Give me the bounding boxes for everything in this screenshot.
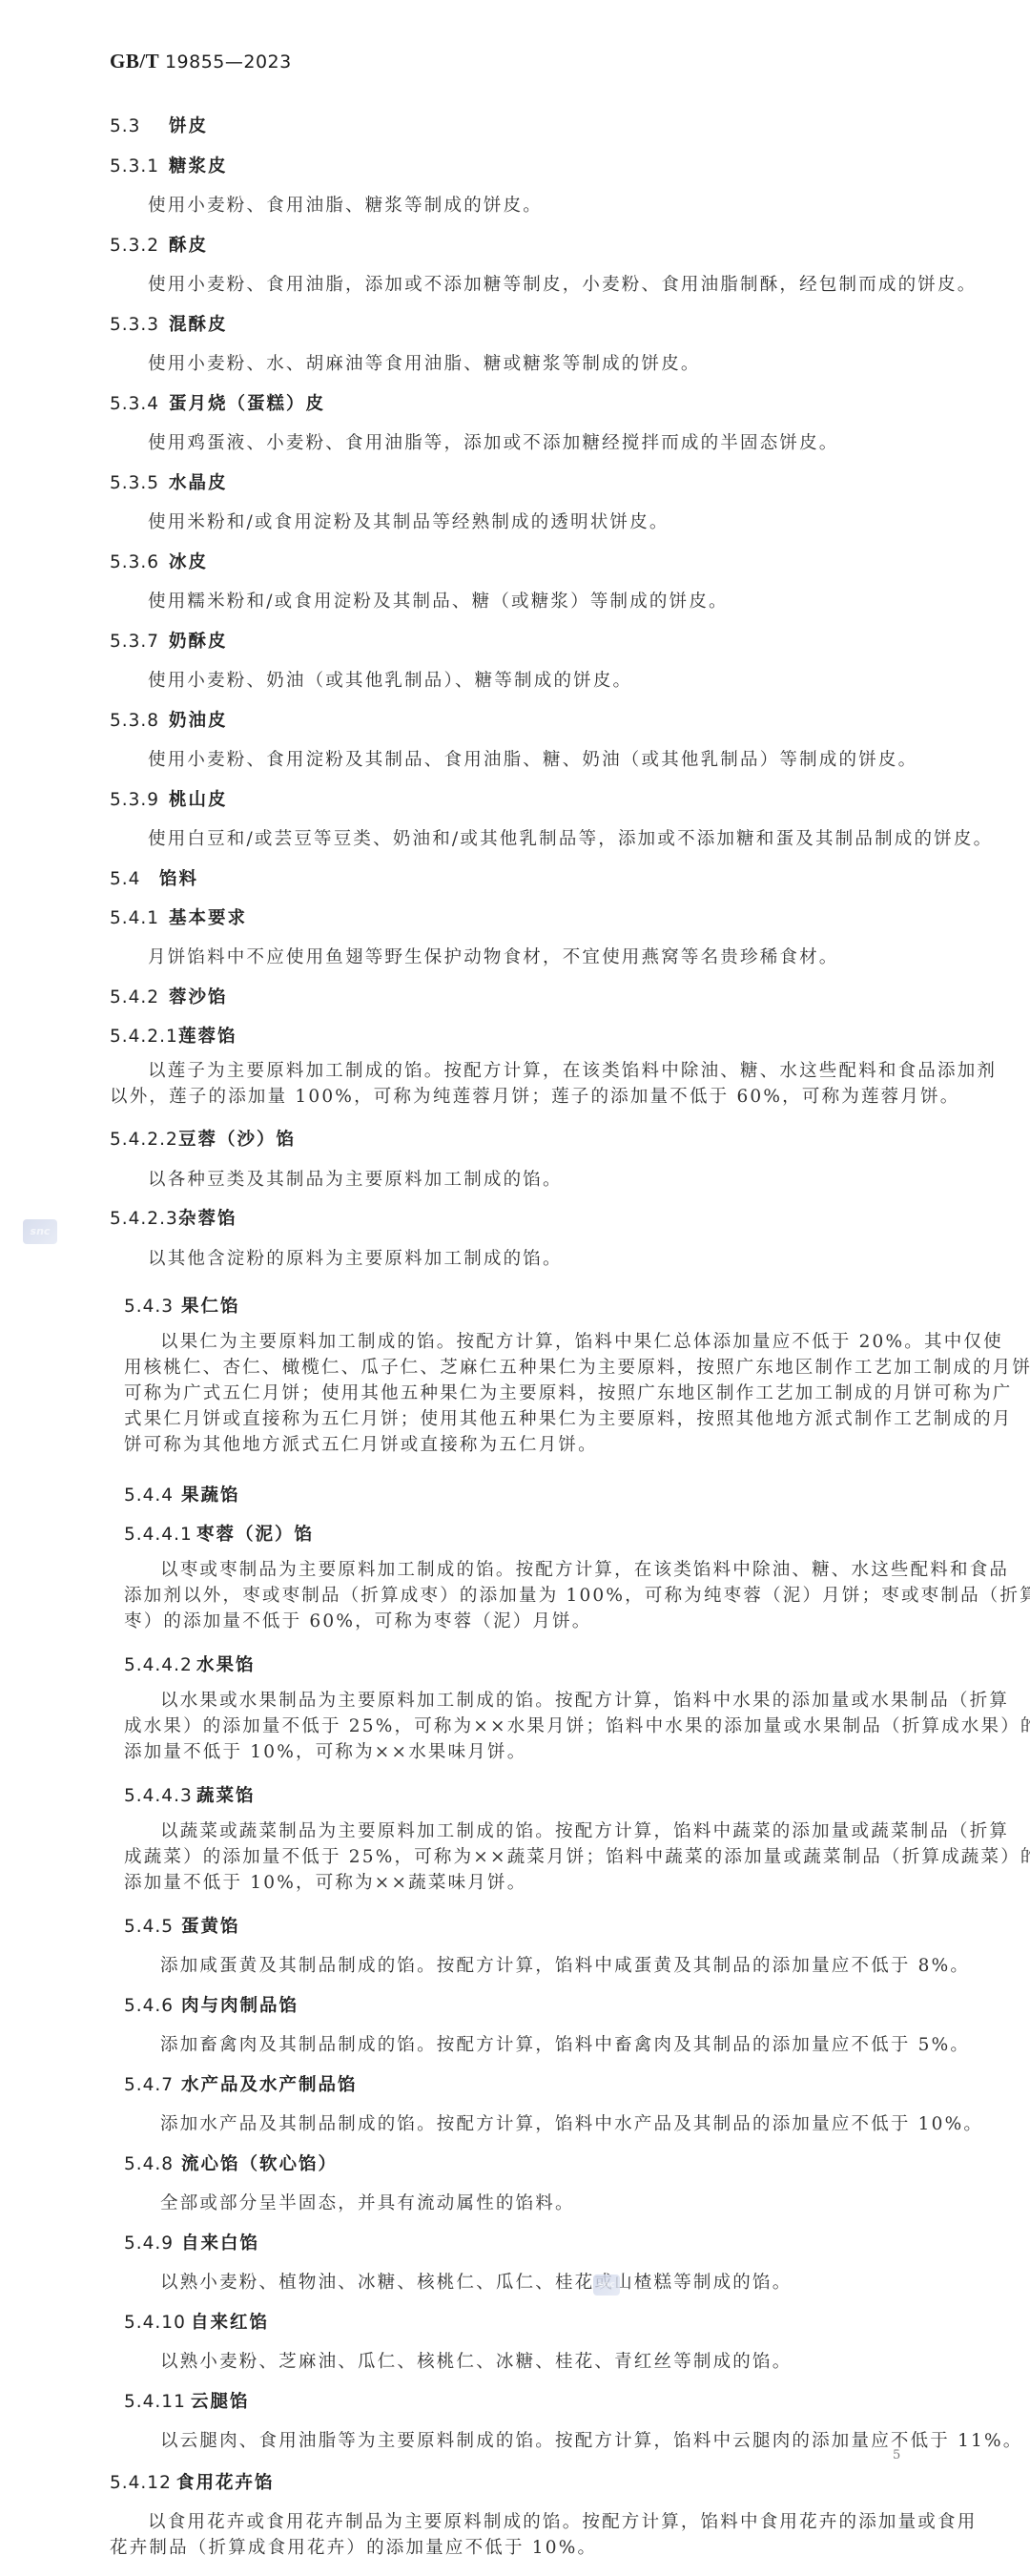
section-number: 5.4.2.1 xyxy=(110,1027,178,1047)
section-number: 5.4.1 xyxy=(110,908,169,928)
section-body: 以其他含淀粉的原料为主要原料加工制成的馅。 xyxy=(148,1245,563,1270)
section-heading: 5.4.2.1莲蓉馅 xyxy=(110,1023,237,1048)
section-title: 蛋黄馅 xyxy=(181,1917,240,1937)
section-heading: 5.3.7奶酥皮 xyxy=(110,628,228,653)
body-line: 饼可称为其他地方派式五仁月饼或直接称为五仁月饼。 xyxy=(124,1432,925,1458)
section-body: 以蔬菜或蔬菜制品为主要原料加工制成的馅。按配方计算，馅料中蔬菜的添加量或蔬菜制品… xyxy=(124,1818,925,1896)
section-title: 蓉沙馅 xyxy=(169,987,228,1008)
section-body: 添加咸蛋黄及其制品制成的馅。按配方计算，馅料中咸蛋黄及其制品的添加量应不低于 8… xyxy=(160,1952,970,1977)
section-body: 使用白豆和/或芸豆等豆类、奶油和/或其他乳制品等，添加或不添加糖和蛋及其制品制成… xyxy=(148,825,993,850)
section-number: 5.3.5 xyxy=(110,473,169,493)
section-body: 使用小麦粉、食用油脂，添加或不添加糖等制皮，小麦粉、食用油脂制酥，经包制而成的饼… xyxy=(148,271,977,296)
section-number: 5.3 xyxy=(110,116,169,136)
body-line: 用核桃仁、杏仁、橄榄仁、瓜子仁、芝麻仁五种果仁为主要原料，按照广东地区制作工艺加… xyxy=(124,1355,925,1381)
section-title: 自来红馅 xyxy=(191,2313,269,2333)
section-number: 5.4.2.3 xyxy=(110,1209,178,1229)
section-heading: 5.4.4.2水果馅 xyxy=(124,1652,256,1676)
section-body: 使用鸡蛋液、小麦粉、食用油脂等，添加或不添加糖经搅拌而成的半固态饼皮。 xyxy=(148,429,839,454)
section-title: 糖浆皮 xyxy=(169,156,228,177)
section-title: 冰皮 xyxy=(169,552,208,572)
section-heading: 5.4.11云腿馅 xyxy=(124,2388,250,2413)
page-number: 5 xyxy=(893,2448,900,2462)
section-title: 自来白馅 xyxy=(181,2233,259,2254)
section-title: 果仁馅 xyxy=(181,1297,240,1317)
section-number: 5.4.8 xyxy=(124,2154,181,2174)
section-body: 以各种豆类及其制品为主要原料加工制成的馅。 xyxy=(148,1166,563,1191)
section-heading: 5.3.9桃山皮 xyxy=(110,786,228,811)
section-heading: 5.4.2.3杂蓉馅 xyxy=(110,1205,237,1230)
section-number: 5.4.9 xyxy=(124,2233,181,2254)
section-number: 5.4.6 xyxy=(124,1996,181,2016)
section-number: 5.4.2.2 xyxy=(110,1130,178,1150)
section-title: 奶酥皮 xyxy=(169,632,228,652)
section-body: 添加水产品及其制品制成的馅。按配方计算，馅料中水产品及其制品的添加量应不低于 1… xyxy=(160,2110,983,2135)
body-line: 添加剂以外，枣或枣制品（折算成枣）的添加量为 100%，可称为纯枣蓉（泥）月饼；… xyxy=(124,1583,925,1609)
section-title: 酥皮 xyxy=(169,236,208,256)
body-line: 成水果）的添加量不低于 25%，可称为××水果月饼；馅料中水果的添加量或水果制品… xyxy=(124,1714,925,1739)
section-heading: 5.4.3果仁馅 xyxy=(124,1293,240,1318)
section-number: 5.4.4 xyxy=(124,1485,181,1506)
body-line: 枣）的添加量不低于 60%，可称为枣蓉（泥）月饼。 xyxy=(124,1609,925,1634)
section-heading: 5.4.1基本要求 xyxy=(110,904,247,929)
section-heading: 5.4.9自来白馅 xyxy=(124,2230,259,2254)
body-line: 以食用花卉或食用花卉制品为主要原料制成的馅。按配方计算，馅料中食用花卉的添加量或… xyxy=(110,2509,930,2535)
section-heading: 5.4.5蛋黄馅 xyxy=(124,1913,240,1938)
section-title: 水晶皮 xyxy=(169,473,228,493)
body-line: 添加量不低于 10%，可称为××蔬菜味月饼。 xyxy=(124,1870,925,1896)
body-line: 以枣或枣制品为主要原料加工制成的馅。按配方计算，在该类馅料中除油、糖、水这些配料… xyxy=(124,1557,925,1583)
section-number: 5.4.4.2 xyxy=(124,1655,196,1675)
section-heading: 5.3.1糖浆皮 xyxy=(110,153,228,177)
section-title: 流心馅（软心馅） xyxy=(181,2154,338,2174)
section-title: 饼皮 xyxy=(169,116,208,136)
section-body: 以莲子为主要原料加工制成的馅。按配方计算，在该类馅料中除油、糖、水这些配料和食品… xyxy=(110,1058,930,1110)
section-heading: 5.4.8流心馅（软心馅） xyxy=(124,2150,338,2175)
section-number: 5.3.3 xyxy=(110,315,169,335)
body-line: 花卉制品（折算成食用花卉）的添加量应不低于 10%。 xyxy=(110,2535,930,2561)
section-number: 5.3.2 xyxy=(110,236,169,256)
section-heading: 5.4.10自来红馅 xyxy=(124,2309,269,2334)
section-title: 桃山皮 xyxy=(169,790,228,810)
snc-logo-icon: snc xyxy=(23,1219,57,1244)
body-line: 可称为广式五仁月饼；使用其他五种果仁为主要原料，按照广东地区制作工艺加工制成的月… xyxy=(124,1381,925,1406)
section-title: 果蔬馅 xyxy=(181,1485,240,1506)
section-number: 5.4.2 xyxy=(110,987,169,1008)
section-body: 使用小麦粉、食用淀粉及其制品、食用油脂、糖、奶油（或其他乳制品）等制成的饼皮。 xyxy=(148,746,917,771)
body-line: 以蔬菜或蔬菜制品为主要原料加工制成的馅。按配方计算，馅料中蔬菜的添加量或蔬菜制品… xyxy=(124,1818,925,1844)
section-title: 奶油皮 xyxy=(169,711,228,731)
section-number: 5.4 xyxy=(110,869,159,889)
section-heading: 5.4.7水产品及水产制品馅 xyxy=(124,2071,358,2096)
section-number: 5.4.3 xyxy=(124,1297,181,1317)
section-heading: 5.4.4.1枣蓉（泥）馅 xyxy=(124,1521,314,1546)
section-title: 水果馅 xyxy=(196,1655,256,1675)
section-title: 豆蓉（沙）馅 xyxy=(178,1130,296,1150)
section-heading: 5.3.4蛋月烧（蛋糕）皮 xyxy=(110,390,325,415)
section-number: 5.4.12 xyxy=(110,2473,176,2493)
snc-logo-icon: snc xyxy=(593,2275,620,2296)
section-heading: 5.3.6冰皮 xyxy=(110,549,208,573)
section-title: 云腿馅 xyxy=(191,2392,250,2412)
section-heading: 5.4.6肉与肉制品馅 xyxy=(124,1992,299,2017)
section-heading: 5.4.12食用花卉馅 xyxy=(110,2469,275,2494)
section-body: 使用小麦粉、食用油脂、糖浆等制成的饼皮。 xyxy=(148,192,543,217)
section-body: 使用糯米粉和/或食用淀粉及其制品、糖（或糖浆）等制成的饼皮。 xyxy=(148,588,729,613)
body-line: 添加量不低于 10%，可称为××水果味月饼。 xyxy=(124,1739,925,1765)
section-heading: 5.4.2.2豆蓉（沙）馅 xyxy=(110,1126,296,1151)
section-title: 混酥皮 xyxy=(169,315,228,335)
section-heading: 5.4.4.3蔬菜馅 xyxy=(124,1782,256,1807)
section-body: 以食用花卉或食用花卉制品为主要原料制成的馅。按配方计算，馅料中食用花卉的添加量或… xyxy=(110,2509,930,2561)
section-body: 以熟小麦粉、植物油、冰糖、核桃仁、瓜仁、桂花或山楂糕等制成的馅。 xyxy=(160,2269,792,2294)
section-heading: 5.3.5水晶皮 xyxy=(110,469,228,494)
section-heading: 5.4.2蓉沙馅 xyxy=(110,984,228,1008)
body-line: 以莲子为主要原料加工制成的馅。按配方计算，在该类馅料中除油、糖、水这些配料和食品… xyxy=(110,1058,930,1084)
standard-number: 19855—2023 xyxy=(165,52,292,73)
section-title: 枣蓉（泥）馅 xyxy=(196,1525,314,1545)
body-line: 式果仁月饼或直接称为五仁月饼；使用其他五种果仁为主要原料，按照其他地方派式制作工… xyxy=(124,1406,925,1432)
section-title: 肉与肉制品馅 xyxy=(181,1996,299,2016)
section-title: 馅料 xyxy=(159,869,198,889)
section-body: 月饼馅料中不应使用鱼翅等野生保护动物食材，不宜使用燕窝等名贵珍稀食材。 xyxy=(148,944,839,968)
body-line: 以水果或水果制品为主要原料加工制成的馅。按配方计算，馅料中水果的添加量或水果制品… xyxy=(124,1688,925,1714)
section-title: 蔬菜馅 xyxy=(196,1786,256,1806)
section-body: 以枣或枣制品为主要原料加工制成的馅。按配方计算，在该类馅料中除油、糖、水这些配料… xyxy=(124,1557,925,1634)
section-number: 5.3.6 xyxy=(110,552,169,572)
section-title: 基本要求 xyxy=(169,908,247,928)
section-number: 5.4.4.3 xyxy=(124,1786,196,1806)
section-number: 5.3.4 xyxy=(110,394,169,414)
section-number: 5.4.11 xyxy=(124,2392,191,2412)
section-body: 使用小麦粉、水、胡麻油等食用油脂、糖或糖浆等制成的饼皮。 xyxy=(148,350,701,375)
standard-prefix: GB/T xyxy=(110,50,159,73)
section-heading: 5.4.4果蔬馅 xyxy=(124,1482,240,1506)
section-title: 莲蓉馅 xyxy=(178,1027,237,1047)
section-number: 5.3.9 xyxy=(110,790,169,810)
section-title: 蛋月烧（蛋糕）皮 xyxy=(169,394,325,414)
section-body: 使用米粉和/或食用淀粉及其制品等经熟制成的透明状饼皮。 xyxy=(148,509,669,533)
section-number: 5.4.10 xyxy=(124,2313,191,2333)
body-line: 以外，莲子的添加量 100%，可称为纯莲蓉月饼；莲子的添加量不低于 60%，可称… xyxy=(110,1084,930,1110)
section-body: 使用小麦粉、奶油（或其他乳制品）、糖等制成的饼皮。 xyxy=(148,667,632,692)
standard-id: GB/T 19855—2023 xyxy=(110,50,292,73)
section-number: 5.3.7 xyxy=(110,632,169,652)
section-number: 5.3.8 xyxy=(110,711,169,731)
section-body: 添加畜禽肉及其制品制成的馅。按配方计算，馅料中畜禽肉及其制品的添加量应不低于 5… xyxy=(160,2031,970,2056)
body-line: 成蔬菜）的添加量不低于 25%，可称为××蔬菜月饼；馅料中蔬菜的添加量或蔬菜制品… xyxy=(124,1844,925,1870)
section-body: 以水果或水果制品为主要原料加工制成的馅。按配方计算，馅料中水果的添加量或水果制品… xyxy=(124,1688,925,1765)
section-number: 5.4.5 xyxy=(124,1917,181,1937)
section-body: 以熟小麦粉、芝麻油、瓜仁、核桃仁、冰糖、桂花、青红丝等制成的馅。 xyxy=(160,2348,792,2373)
section-number: 5.4.7 xyxy=(124,2075,181,2095)
section-heading: 5.3.2酥皮 xyxy=(110,232,208,257)
body-line: 以果仁为主要原料加工制成的馅。按配方计算，馅料中果仁总体添加量应不低于 20%。… xyxy=(124,1329,925,1355)
section-body: 全部或部分呈半固态，并具有流动属性的馅料。 xyxy=(160,2190,575,2214)
section-body: 以果仁为主要原料加工制成的馅。按配方计算，馅料中果仁总体添加量应不低于 20%。… xyxy=(124,1329,925,1458)
section-title: 食用花卉馅 xyxy=(176,2473,275,2493)
section-heading: 5.4馅料 xyxy=(110,865,198,890)
section-number: 5.4.4.1 xyxy=(124,1525,196,1545)
section-title: 水产品及水产制品馅 xyxy=(181,2075,358,2095)
section-heading: 5.3.8奶油皮 xyxy=(110,707,228,732)
section-number: 5.3.1 xyxy=(110,156,169,177)
section-title: 杂蓉馅 xyxy=(178,1209,237,1229)
section-heading: 5.3.3混酥皮 xyxy=(110,311,228,336)
section-heading: 5.3饼皮 xyxy=(110,113,208,137)
